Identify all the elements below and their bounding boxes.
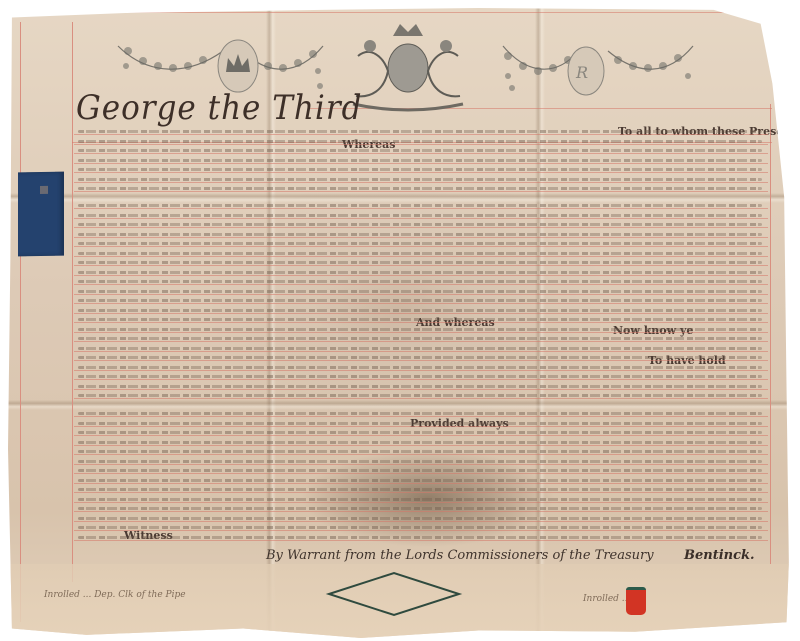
ruled-line — [74, 322, 768, 323]
handwritten-line — [78, 366, 762, 369]
ruled-line — [74, 351, 768, 352]
handwritten-line — [78, 271, 762, 274]
ruled-line — [74, 389, 768, 390]
ruled-line — [74, 163, 768, 164]
handwritten-line — [78, 431, 762, 434]
handwritten-line — [78, 479, 762, 482]
tab-square-icon — [40, 186, 48, 194]
handwritten-line — [78, 450, 762, 453]
ruled-line — [74, 416, 768, 417]
handwritten-line — [78, 242, 762, 245]
red-wax-seal — [626, 587, 646, 615]
handwritten-line — [78, 536, 762, 539]
handwritten-line — [78, 356, 762, 359]
handwritten-line — [78, 149, 762, 152]
ruled-line — [74, 218, 768, 219]
ruled-line — [74, 284, 768, 285]
ruled-line — [74, 426, 768, 427]
fold-line — [8, 193, 792, 203]
handwritten-line — [78, 299, 762, 302]
ruled-line — [74, 511, 768, 512]
heading-now-know-ye: Now know ye — [613, 324, 693, 337]
handwritten-line — [78, 252, 762, 255]
handwritten-line — [78, 280, 762, 283]
ruled-line — [74, 256, 768, 257]
ruled-line — [74, 502, 768, 503]
ruled-line — [74, 153, 768, 154]
ruled-line — [74, 227, 768, 228]
handwritten-line — [78, 469, 762, 472]
handwritten-line — [78, 233, 762, 236]
margin-rule — [72, 22, 73, 582]
handwritten-line — [78, 460, 762, 463]
ruled-line — [74, 313, 768, 314]
margin-rule — [20, 22, 21, 622]
handwritten-line — [78, 318, 762, 321]
handwritten-line — [78, 517, 762, 520]
handwritten-line — [78, 223, 762, 226]
ruled-line — [72, 12, 772, 13]
handwritten-line — [78, 394, 762, 397]
ruled-line — [74, 275, 768, 276]
ruled-line — [74, 492, 768, 493]
ruled-line — [74, 294, 768, 295]
ruled-line — [74, 208, 768, 209]
ruled-line — [74, 341, 768, 342]
diamond-frame-icon — [325, 571, 463, 617]
handwritten-line — [78, 204, 762, 207]
endorsement-left: Inrolled ... Dep. Clk of the Pipe — [44, 590, 186, 600]
handwritten-line — [78, 441, 762, 444]
ruled-line — [74, 435, 768, 436]
ruled-line — [74, 172, 768, 173]
gr-cypher-icon: R — [575, 63, 588, 82]
handwritten-line — [78, 498, 762, 501]
endorsement-right: Inrolled ... — [583, 594, 630, 604]
document-photo: R George the Third Whereas To all to who… — [8, 8, 792, 638]
handwritten-line — [78, 140, 762, 143]
document-title: George the Third — [76, 88, 362, 128]
handwritten-line — [78, 347, 762, 350]
coat-of-arms-icon — [353, 24, 463, 110]
handwritten-line — [78, 309, 762, 312]
handwritten-line — [78, 412, 762, 415]
handwritten-line — [78, 375, 762, 378]
ruled-line — [74, 360, 768, 361]
ruled-line — [74, 379, 768, 380]
ruled-line — [74, 398, 768, 399]
warrant-line: By Warrant from the Lords Commissioners … — [266, 548, 654, 563]
fold-line — [8, 400, 792, 410]
handwritten-line — [78, 187, 762, 190]
ruled-line — [74, 464, 768, 465]
handwritten-line — [78, 130, 762, 133]
ruled-line — [74, 473, 768, 474]
ruled-line — [74, 182, 768, 183]
ruled-line — [74, 303, 768, 304]
ruled-line — [74, 483, 768, 484]
ruled-line — [74, 370, 768, 371]
ruled-line — [74, 134, 768, 135]
blue-ribbon-tab — [18, 172, 64, 257]
ruled-line — [74, 265, 768, 266]
ruled-line — [74, 246, 768, 247]
ruled-line — [74, 332, 768, 333]
ruled-line — [74, 191, 768, 192]
punch-hole — [788, 274, 793, 280]
handwritten-line — [78, 261, 762, 264]
handwritten-line — [78, 214, 762, 217]
handwritten-line — [78, 290, 762, 293]
handwritten-line — [78, 168, 762, 171]
handwritten-line — [78, 422, 762, 425]
ruled-line — [74, 454, 768, 455]
handwritten-line — [78, 328, 762, 331]
handwritten-line — [78, 385, 762, 388]
handwritten-line — [78, 526, 762, 529]
margin-rule — [770, 104, 771, 564]
ruled-line — [74, 445, 768, 446]
signature-bentinck: Bentinck. — [684, 548, 755, 563]
handwritten-line — [78, 507, 762, 510]
vellum-sheet: R George the Third Whereas To all to who… — [8, 8, 792, 638]
ruled-line — [74, 530, 768, 531]
handwritten-line — [78, 178, 762, 181]
handwritten-line — [78, 159, 762, 162]
ruled-line — [74, 144, 768, 145]
handwritten-line — [78, 337, 762, 340]
ruled-line — [74, 521, 768, 522]
ruled-line — [74, 540, 768, 541]
ruled-line — [74, 237, 768, 238]
handwritten-line — [78, 488, 762, 491]
